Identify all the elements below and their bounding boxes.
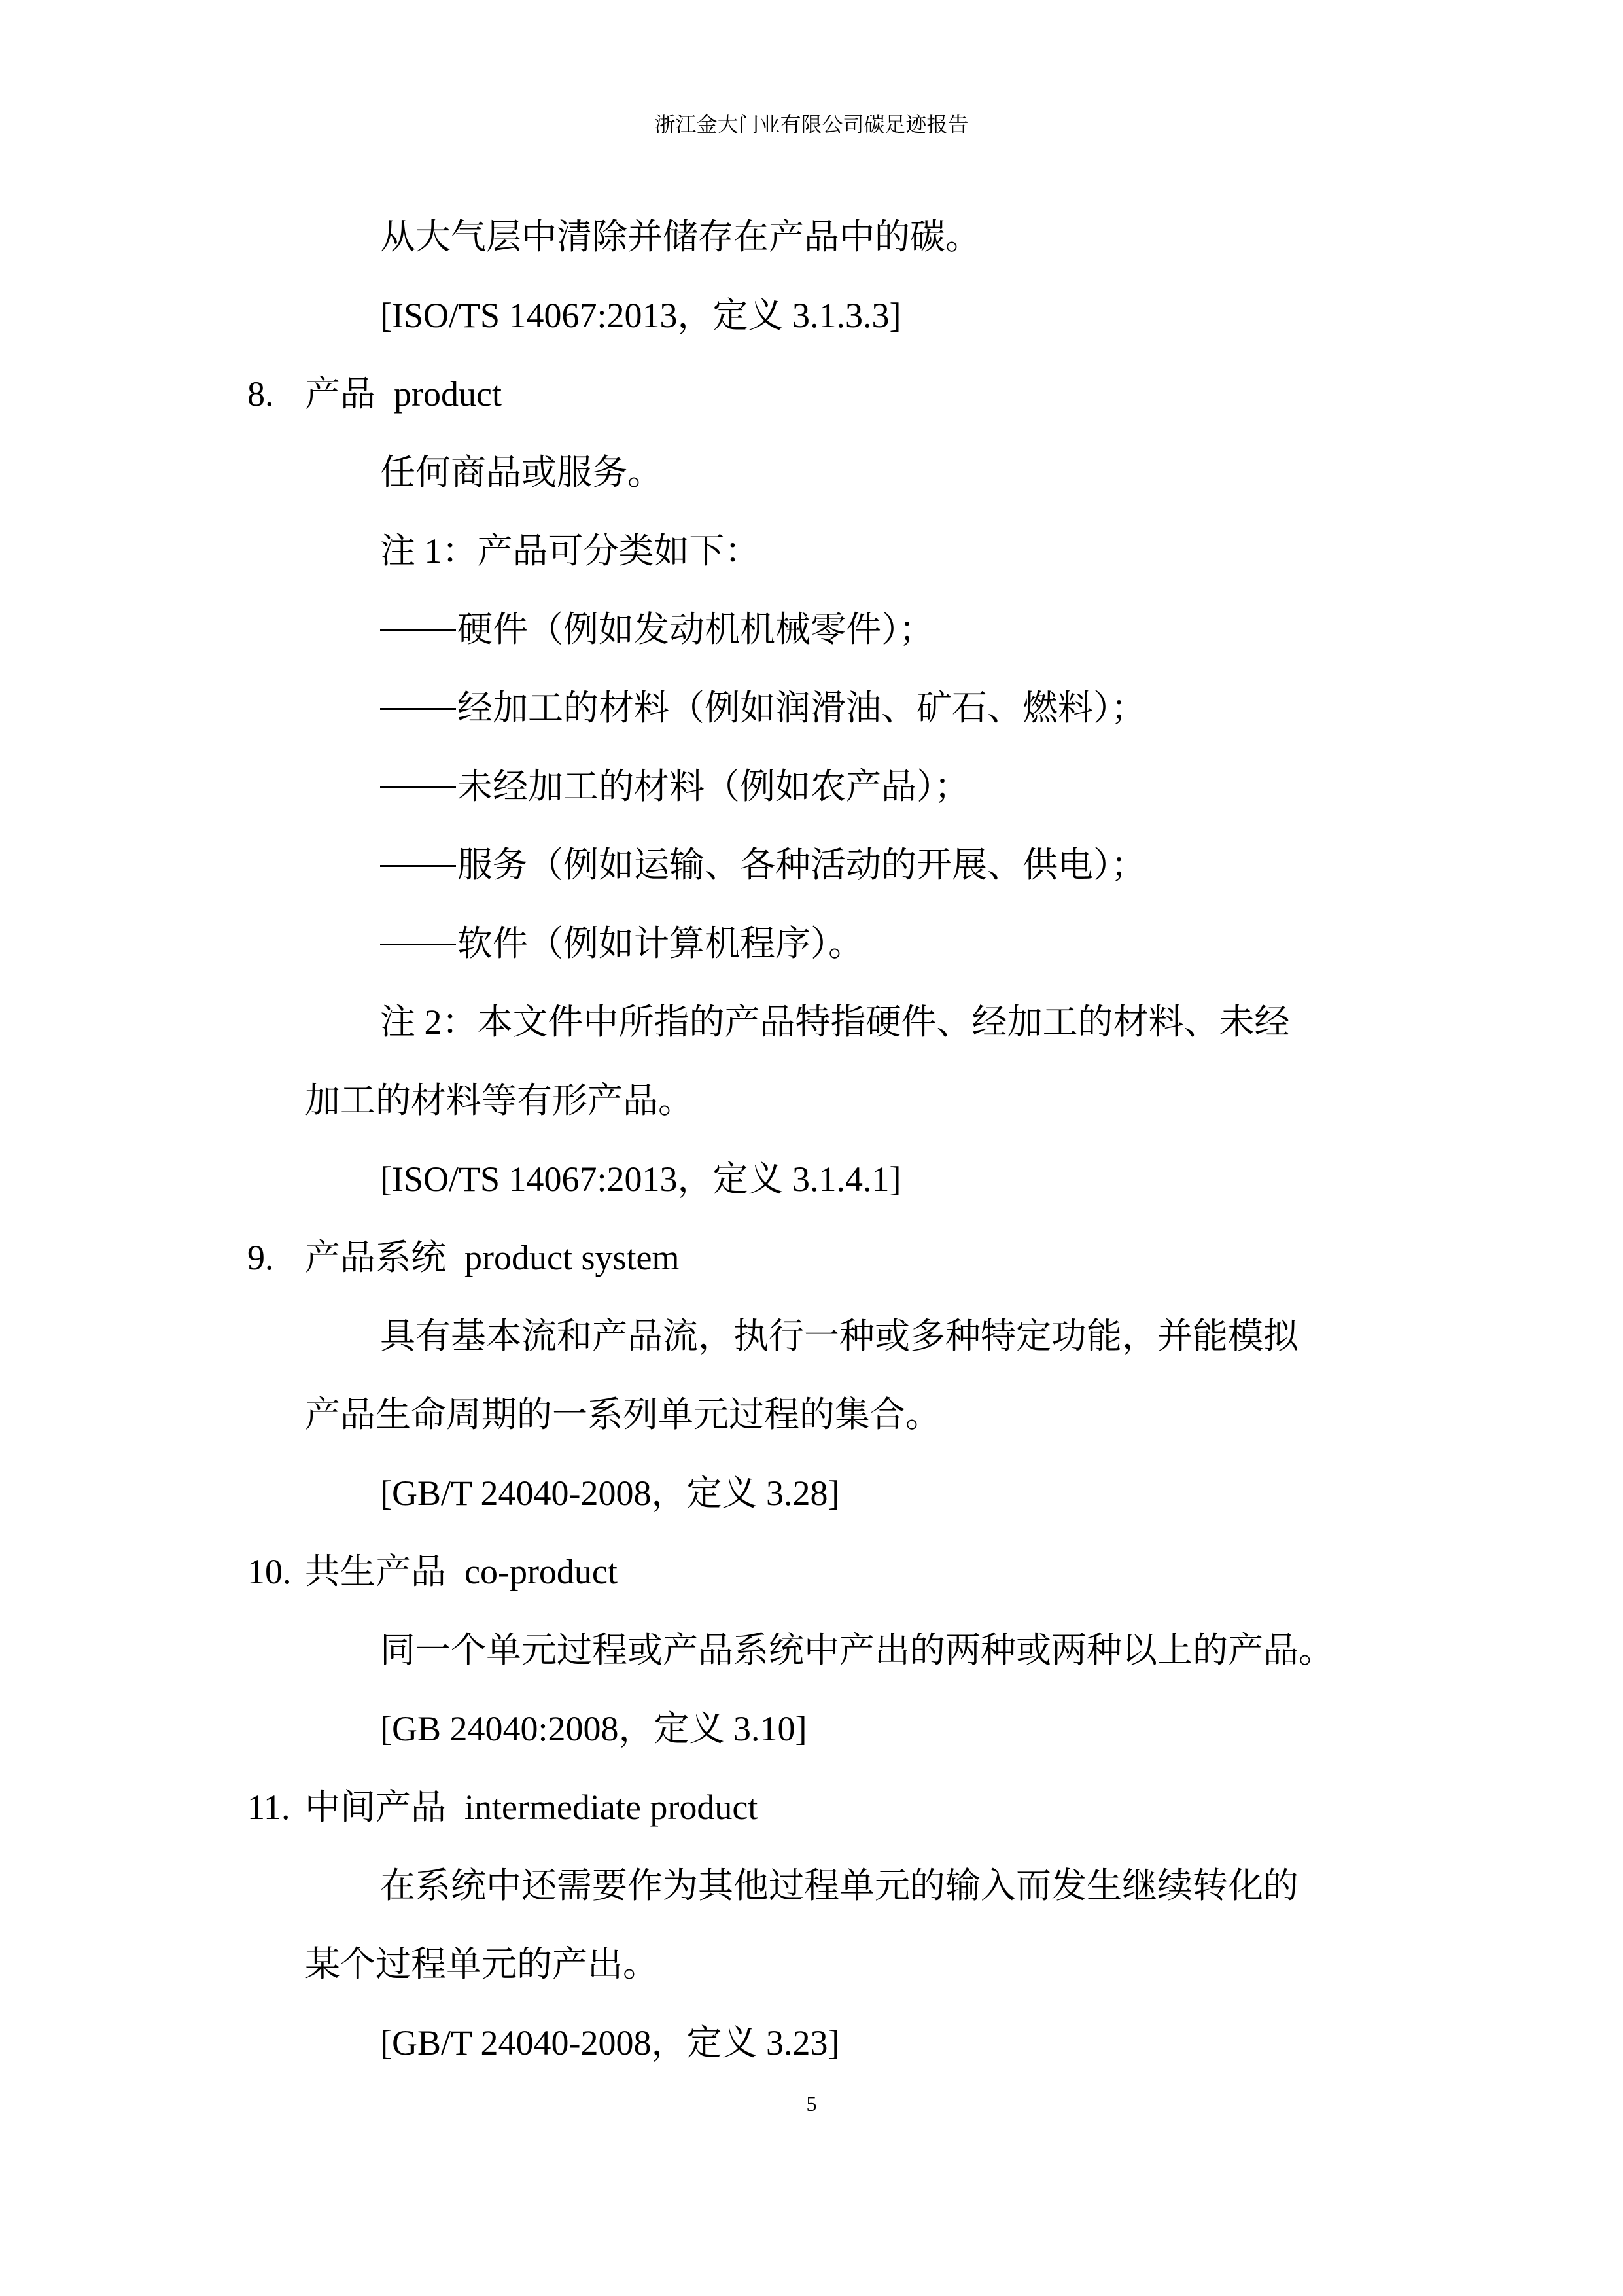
term-definition: 同一个单元过程或产品系统中产出的两种或两种以上的产品。 <box>380 1629 1334 1671</box>
em-dash <box>380 708 456 710</box>
note-list-item: 经加工的材料（例如润滑油、矿石、燃料）； <box>380 687 1146 729</box>
term-heading: 10.共生产品co-product <box>247 1551 618 1593</box>
page-header: 浙江金大门业有限公司碳足迹报告 <box>0 111 1623 137</box>
term-definition-line-1: 具有基本流和产品流，执行一种或多种特定功能，并能模拟 <box>380 1315 1299 1357</box>
term-english: co-product <box>464 1552 618 1591</box>
term-definition-line-1: 在系统中还需要作为其他过程单元的输入而发生继续转化的 <box>380 1865 1299 1907</box>
term-chinese: 共生产品 <box>305 1552 446 1591</box>
note-2-line-2: 加工的材料等有形产品。 <box>305 1080 693 1122</box>
em-dash <box>380 865 456 867</box>
note-1-label: 注 1：产品可分类如下： <box>380 530 760 572</box>
em-dash <box>380 629 456 631</box>
term-number: 8. <box>247 373 305 415</box>
term-definition-line-2: 产品生命周期的一系列单元过程的集合。 <box>305 1394 941 1436</box>
note-list-item: 未经加工的材料（例如农产品）； <box>380 766 969 807</box>
term-reference: [ISO/TS 14067:2013，定义 3.1.4.1] <box>380 1158 901 1200</box>
term-definition: 任何商品或服务。 <box>380 451 663 493</box>
em-dash <box>380 786 456 788</box>
term-reference: [GB 24040:2008，定义 3.10] <box>380 1708 807 1750</box>
term-english: product system <box>464 1238 679 1277</box>
term-definition-line-2: 某个过程单元的产出。 <box>305 1943 658 1985</box>
term-reference: [GB/T 24040-2008，定义 3.28] <box>380 1472 839 1514</box>
term-chinese: 产品 <box>305 374 375 414</box>
intro-reference: [ISO/TS 14067:2013，定义 3.1.3.3] <box>380 294 901 336</box>
term-number: 9. <box>247 1237 305 1279</box>
term-chinese: 中间产品 <box>305 1788 446 1827</box>
em-dash <box>380 944 456 945</box>
term-english: product <box>394 374 502 414</box>
note-list-item: 硬件（例如发动机机械零件）； <box>380 609 934 650</box>
term-number: 11. <box>247 1786 305 1828</box>
term-chinese: 产品系统 <box>305 1238 446 1277</box>
term-number: 10. <box>247 1551 305 1593</box>
term-heading: 9.产品系统product system <box>247 1237 679 1279</box>
term-english: intermediate product <box>464 1788 758 1827</box>
page-number: 5 <box>0 2091 1623 2117</box>
note-2-line-1: 注 2：本文件中所指的产品特指硬件、经加工的材料、未经 <box>380 1001 1290 1043</box>
note-list-item: 软件（例如计算机程序）。 <box>380 923 864 964</box>
note-list-item: 服务（例如运输、各种活动的开展、供电）； <box>380 844 1146 886</box>
intro-definition: 从大气层中清除并储存在产品中的碳。 <box>380 216 981 258</box>
term-reference: [GB/T 24040-2008，定义 3.23] <box>380 2022 839 2064</box>
term-heading: 11.中间产品intermediate product <box>247 1786 758 1828</box>
term-heading: 8.产品product <box>247 373 502 415</box>
